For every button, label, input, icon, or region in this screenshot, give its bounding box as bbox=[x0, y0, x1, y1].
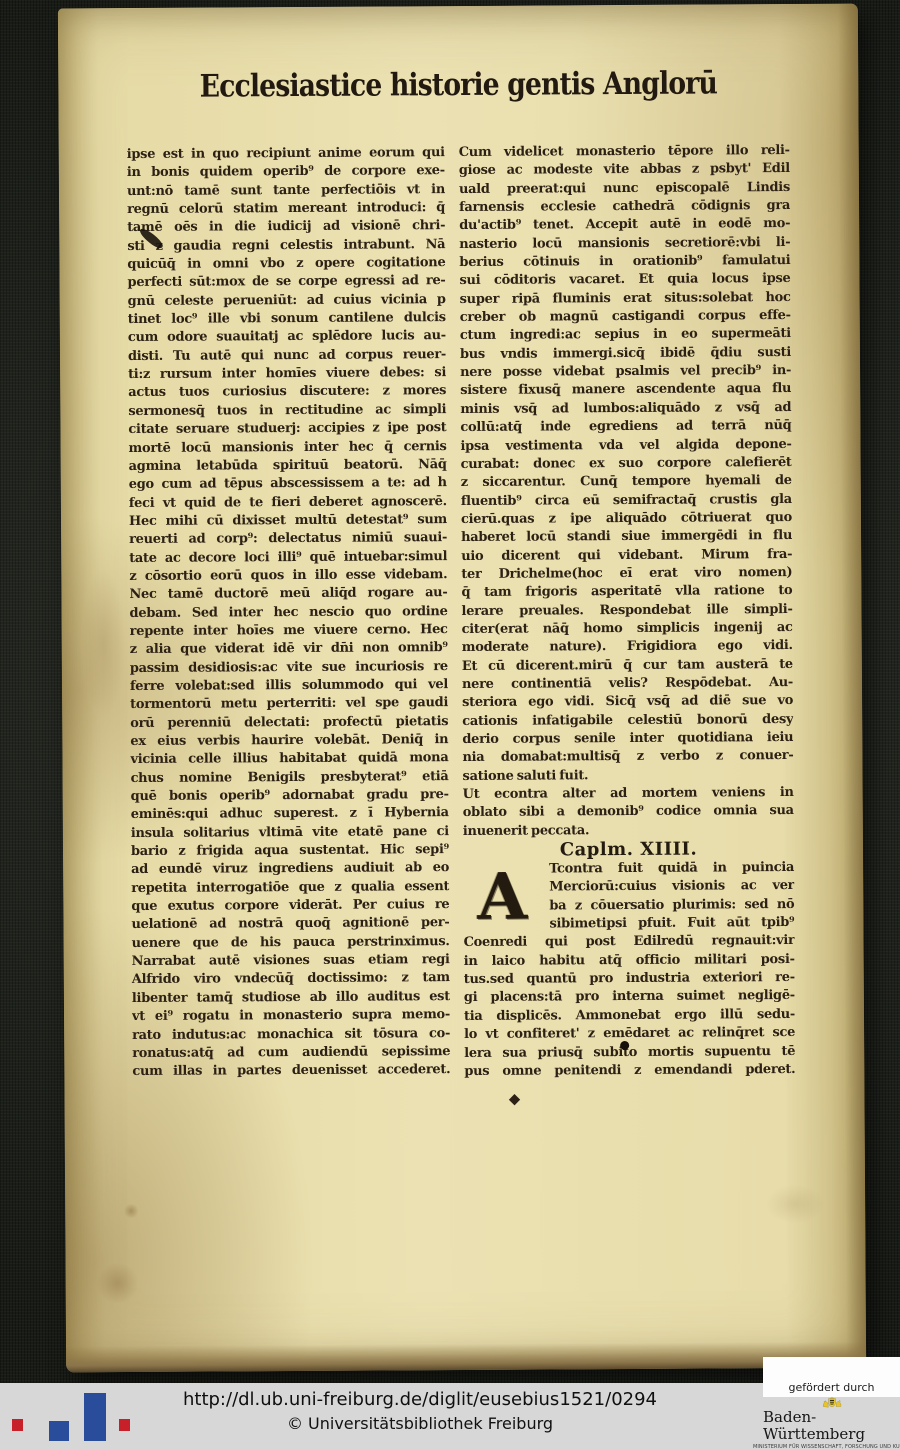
text-line: feci vt quid de te fieri deberet agnosce… bbox=[129, 493, 447, 513]
text-line: disti. Tu autē qui nunc ad corpus reuer- bbox=[128, 346, 446, 366]
text-line: Merciorū:cuius visionis ac ver bbox=[549, 877, 794, 897]
text-line: regnū celorū statim mereant introduci: q… bbox=[127, 199, 445, 219]
text-line: Ut econtra alter ad mortem veniens in bbox=[463, 784, 794, 804]
text-line: ferre volebat:sed illis solummodo qui ve… bbox=[130, 676, 448, 696]
text-line: perfecti sūt:mox de se corpe egressi ad … bbox=[127, 272, 445, 292]
text-line: gnū celeste perueniūt: ad cuius vicinia … bbox=[128, 291, 446, 311]
decorative-initial: A bbox=[463, 863, 541, 933]
text-line: orū perenniū delectati: profectū pietati… bbox=[130, 713, 448, 733]
text-line: tinet loc⁹ ille vbi sonum cantilene dulc… bbox=[128, 309, 446, 329]
text-line: nia domabat:multisq̄ z verbo z conuer- bbox=[462, 747, 793, 767]
text-line: nere posse videbat psalmis vel precib⁹ i… bbox=[460, 362, 791, 382]
text-line: debam. Sed inter hec nescio quo ordine bbox=[129, 603, 447, 623]
text-line: tamē oēs in die iudicij ad visionē chri- bbox=[127, 217, 445, 237]
footer-text-block: http://dl.ub.uni-freiburg.de/diglit/euse… bbox=[0, 1391, 840, 1432]
text-line: insula solitarius vltimā vite etatē pane… bbox=[131, 823, 449, 843]
text-line: fluentib⁹ circa eū semifractaq̄ crustis … bbox=[461, 491, 792, 511]
text-line: sui cōditoris vacaret. Et quia locus ips… bbox=[459, 270, 790, 290]
text-line: ter Drichelme(hoc eī erat viro nomen) bbox=[461, 564, 792, 584]
text-line: vicinia celle illius habitabat quidā mon… bbox=[130, 749, 448, 769]
text-line: z cōsortio eorū quos in illo esse videba… bbox=[129, 566, 447, 586]
text-line: repetita interrogatiōe que z qualia esse… bbox=[131, 878, 449, 898]
funding-label: gefördert durch bbox=[788, 1380, 874, 1397]
text-line: du'actib⁹ tenet. Accepit autē in eodē mo… bbox=[459, 215, 790, 235]
text-line: ex eius verbis haurire volebāt. Deniq̄ i… bbox=[130, 731, 448, 751]
text-line: in laico habitu atq̄ officio militari po… bbox=[464, 951, 795, 971]
text-line: ad eundē viruz ingrediens audiuit ab eo bbox=[131, 859, 449, 879]
text-line: inuenerit peccata. bbox=[463, 821, 794, 841]
funder-name: Baden-Württemberg bbox=[763, 1409, 900, 1442]
text-line: oblato sibi a demonib⁹ codice omnia sua bbox=[463, 802, 794, 822]
text-line: steriora ego vidi. Sicq̄ vsq̄ ad diē sue… bbox=[462, 692, 793, 712]
ministry-text: MINISTERIUM FÜR WISSENSCHAFT, FORSCHUNG … bbox=[753, 1444, 900, 1450]
ink-dot bbox=[620, 1041, 629, 1050]
text-line: bario z frigida aqua sustentat. Hic sepi… bbox=[131, 841, 449, 861]
scanned-page: Ecclesiastice historie gentis Anglorū ip… bbox=[58, 4, 866, 1373]
text-line: ctum ingredi:ac sepius in eo supermeāti bbox=[460, 325, 791, 345]
text-line: passim desidiosis:ac vite sue incuriosis… bbox=[130, 658, 448, 678]
text-line: giose ac modeste vite abbas z psbyt' Edi… bbox=[459, 160, 790, 180]
text-line: haberet locū standi siue immergēdi in fl… bbox=[461, 527, 792, 547]
text-line: rato indutus:ac monachica sit tōsura co- bbox=[132, 1025, 450, 1045]
baden-wuerttemberg-coat-of-arms bbox=[804, 1397, 860, 1408]
text-line: que exutus corpore viderāt. Per cuius re bbox=[131, 896, 449, 916]
text-line: Hec mihi cū dixisset multū detestat⁹ sum bbox=[129, 511, 447, 531]
text-line: sti z gaudia regni celestis intrabunt. N… bbox=[127, 236, 445, 256]
text-line: cum illas in partes deuenisset accederet… bbox=[132, 1061, 450, 1081]
text-line: in bonis quidem operib⁹ de corpore exe- bbox=[127, 162, 445, 182]
text-line: eminēs:qui adhuc superest. z ī Hybernia bbox=[131, 804, 449, 824]
text-line: actus tuos curiosius discutere: z mores bbox=[128, 383, 446, 403]
text-line: repente inter hoīes me viuere cerno. Hec bbox=[130, 621, 448, 641]
text-line: ipsa vestimenta vda vel algida depone- bbox=[460, 435, 791, 455]
text-line: nasterio locū mansionis secretiorē:vbi l… bbox=[459, 234, 790, 254]
funder-block: Baden-Württemberg MINISTERIUM FÜR WISSEN… bbox=[763, 1397, 900, 1450]
text-line: sermonesq̄ tuos in rectitudine ac simpli bbox=[128, 401, 446, 421]
text-line: farnensis ecclesie cathedrā cōdignis gra bbox=[459, 197, 790, 217]
text-column-left: ipse est in quo recipiunt anime eorum qu… bbox=[127, 144, 451, 1081]
text-line: ego cum ad tēpus abscessissem a te: ad h bbox=[129, 474, 447, 494]
page-stain bbox=[765, 1184, 825, 1224]
page-stain bbox=[96, 1263, 140, 1303]
text-line: bus vndis immergi.sicq̄ ibidē q̄diu sust… bbox=[460, 344, 791, 364]
text-line: reuerti ad corp⁹: delectatus nimiū suaui… bbox=[129, 529, 447, 549]
text-line: tus.sed quantū pro industria exteriori r… bbox=[464, 969, 795, 989]
text-line: derio corpus senile inter quotidiana iei… bbox=[462, 729, 793, 749]
text-line: Alfrido viro vndecūq̄ doctissimo: z tam bbox=[132, 970, 450, 990]
chapter-opening: A Tcontra fuit quidā in puinciaMerciorū:… bbox=[463, 859, 794, 934]
page-stain bbox=[123, 1204, 139, 1218]
text-line: quē bonis operib⁹ adornabat gradu pre- bbox=[131, 786, 449, 806]
text-line: cationis infatigabile celestiū bonorū de… bbox=[462, 711, 793, 731]
text-line: libenter tamq̄ studiose ab illo auditus … bbox=[132, 988, 450, 1008]
printers-mark bbox=[509, 1094, 520, 1105]
text-line: uald preerat:qui nunc episcopalē Lindis bbox=[459, 179, 790, 199]
text-line: lo vt confiteret' z emēdaret ac relinq̄r… bbox=[464, 1024, 795, 1044]
text-line: Tcontra fuit quidā in puincia bbox=[549, 859, 794, 879]
text-line: moderate nature). Frigidiora ego vidi. bbox=[462, 637, 793, 657]
funding-box: gefördert durch bbox=[763, 1357, 900, 1397]
text-line: citer(erat nāq̄ homo simplicis ingenij a… bbox=[462, 619, 793, 639]
text-line: creber ob magnū castigandi corpus effe- bbox=[460, 307, 791, 327]
text-line: tate ac decore loci illi⁹ quē intuebar:s… bbox=[129, 548, 447, 568]
text-line: cum odore suauitatj ac splēdore lucis au… bbox=[128, 328, 446, 348]
text-line: curabat: donec ex suo corpore calefierēt bbox=[461, 454, 792, 474]
text-line: Et cū dicerent.mirū q̄ cur tam austerā t… bbox=[462, 656, 793, 676]
text-line: berius cōtinuis in orationib⁹ famulatui bbox=[459, 252, 790, 272]
text-line: minis vsq̄ ad lumbos:aliquādo z vsq̄ ad bbox=[460, 399, 791, 419]
text-line: quicūq̄ in omni vbo z opere cogitatione bbox=[127, 254, 445, 274]
text-line: sistere fixusq̄ manere ascendente aqua f… bbox=[460, 380, 791, 400]
text-line: gi placens:tā pro interna suimet negligē… bbox=[464, 987, 795, 1007]
text-line: sibimetipsi pfuit. Fuit aūt tpib⁹ bbox=[549, 914, 794, 934]
text-line: z alia que viderat idē vir dn̄i non omni… bbox=[130, 639, 448, 659]
text-line: super ripā fluminis erat situs:solebat h… bbox=[460, 289, 791, 309]
text-line: ronatus:atq̄ ad cum audiendū sepissime bbox=[132, 1043, 450, 1063]
right-column-upper-text: Cum videlicet monasterio tēpore illo rel… bbox=[459, 142, 794, 841]
text-line: cierū.quas z ipe aliquādo cōtriuerat quo bbox=[461, 509, 792, 529]
text-line: q̄ tam frigoris asperitatē vlla ratione … bbox=[461, 582, 792, 602]
text-line: pus omne penitendi z emendandi pderet. bbox=[464, 1061, 795, 1081]
copyright-text: © Universitätsbibliothek Freiburg bbox=[287, 1416, 553, 1432]
text-line: collū:atq̄ inde egrediens ad terrā nūq̄ bbox=[460, 417, 791, 437]
text-line: Nec tamē ductorē meū aliq̄d rogare au- bbox=[129, 584, 447, 604]
text-line: lera sua priusq̄ subito mortis supuentu … bbox=[464, 1042, 795, 1062]
text-line: uenere que de his pauca perstrinximus. bbox=[132, 933, 450, 953]
text-line: z siccarentur. Cunq̄ tempore hyemali de bbox=[461, 472, 792, 492]
image-url: http://dl.ub.uni-freiburg.de/diglit/euse… bbox=[183, 1391, 657, 1409]
text-line: lerare preuales. Respondebat ille simpli… bbox=[461, 601, 792, 621]
text-line: chus nomine Benigils presbyterat⁹ etiā bbox=[130, 768, 448, 788]
text-line: ba z cōuersatio plurimis: sed nō bbox=[549, 896, 794, 916]
text-line: vt ei⁹ rogatu in monasterio supra memo- bbox=[132, 1006, 450, 1026]
text-line: tia displicēs. Ammonebat ergo illū sedu- bbox=[464, 1006, 795, 1026]
text-line: tormentorū metu perterriti: vel spe gaud… bbox=[130, 694, 448, 714]
text-column-right: Cum videlicet monasterio tēpore illo rel… bbox=[459, 142, 796, 1081]
text-line: unt:nō tamē sunt tante perfectiōis vt in bbox=[127, 181, 445, 201]
text-line: Cum videlicet monasterio tēpore illo rel… bbox=[459, 142, 790, 162]
text-line: ti:z rursum inter homīes viuere debes: s… bbox=[128, 364, 446, 384]
text-line: satione saluti fuit. bbox=[462, 766, 793, 786]
text-line: uelationē ad nostrā quoq̄ agnitionē per- bbox=[131, 915, 449, 935]
text-line: uio dicerent qui videbant. Mirum fra- bbox=[461, 546, 792, 566]
text-line: nere continentiā velis? Respōdebat. Au- bbox=[462, 674, 793, 694]
page-stain bbox=[81, 568, 126, 718]
page-stack-edge bbox=[66, 1342, 866, 1373]
page-title: Ecclesiastice historie gentis Anglorū bbox=[114, 66, 802, 104]
text-line: Narrabat autē visiones suas etiam regi bbox=[132, 951, 450, 971]
text-line: citate seruare studuerj: accipies z ipe … bbox=[128, 419, 446, 439]
chapter-heading: Caplm. XIIII. bbox=[463, 839, 794, 861]
text-line: Coenredi qui post Edilredū regnauit:vir bbox=[464, 932, 795, 952]
right-column-lower-text: Coenredi qui post Edilredū regnauit:viri… bbox=[464, 932, 796, 1081]
text-line: ipse est in quo recipiunt anime eorum qu… bbox=[127, 144, 445, 164]
text-line: mortē locū mansionis inter hec q̄ cernis bbox=[128, 438, 446, 458]
text-line: agmina letabūda spirituū beatorū. Nāq̄ bbox=[129, 456, 447, 476]
